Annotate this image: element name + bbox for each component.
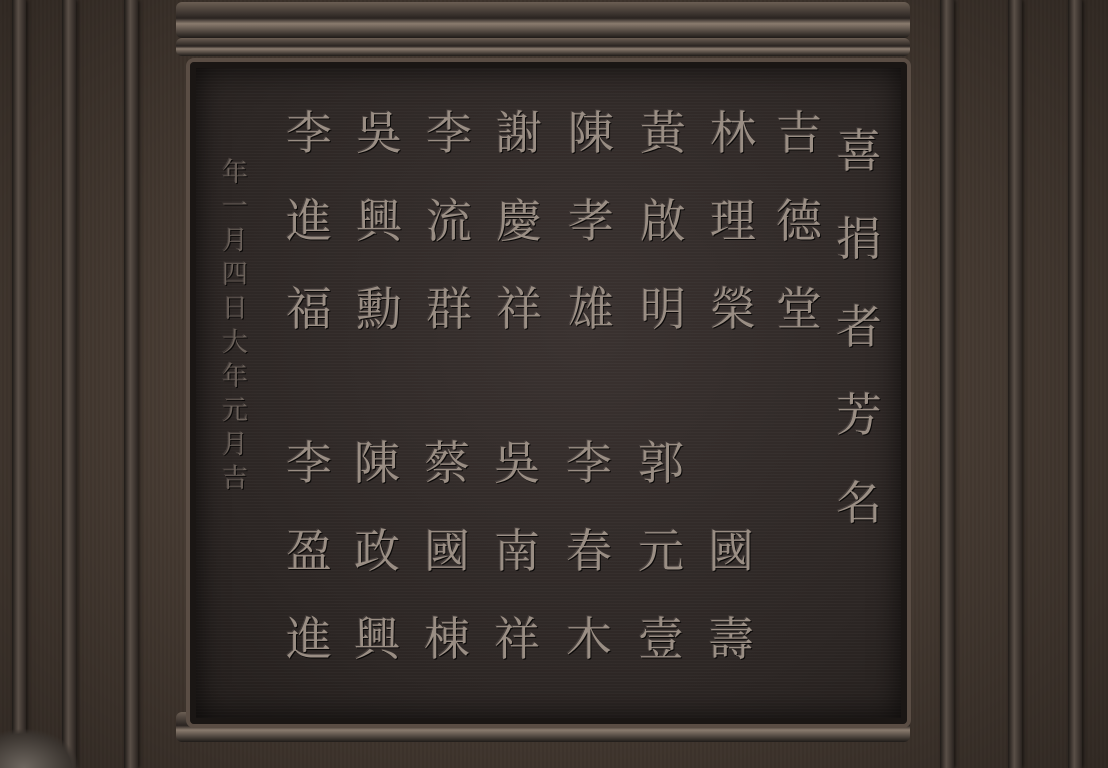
top-molding-lower <box>176 38 910 56</box>
donor-name: 蔡國棟 <box>424 440 470 704</box>
bell-rib <box>1068 0 1082 768</box>
donor-name: 國壽 <box>708 440 754 704</box>
donor-name: 吳南祥 <box>494 440 540 704</box>
inscription-title: 喜 捐 者 芳 名 <box>836 128 882 568</box>
bell-rib <box>12 0 26 768</box>
donor-name: 李進福 <box>286 110 332 374</box>
donor-name: 陳政興 <box>354 440 400 704</box>
title-char: 捐 <box>836 216 882 304</box>
donor-name: 李盈進 <box>286 440 332 704</box>
bell-rib <box>124 0 138 768</box>
donor-name: 李流群 <box>426 110 472 374</box>
date-inscription: 年一月四日大年元月吉 <box>222 160 248 500</box>
floral-ornament <box>0 728 80 768</box>
donor-name: 黃啟明 <box>640 110 686 374</box>
bell-rib <box>940 0 954 768</box>
donor-name: 吉德堂 <box>776 110 822 374</box>
donor-name: 郭元壹 <box>638 440 684 704</box>
donor-name: 李春木 <box>566 440 612 704</box>
donor-name: 吳興勳 <box>356 110 402 374</box>
bell-rib <box>1008 0 1022 768</box>
donor-name: 陳孝雄 <box>568 110 614 374</box>
title-char: 芳 <box>836 392 882 480</box>
title-char: 者 <box>836 304 882 392</box>
donor-name: 謝慶祥 <box>496 110 542 374</box>
top-molding <box>176 2 910 38</box>
bell-rib <box>62 0 76 768</box>
donor-name: 林理榮 <box>710 110 756 374</box>
title-char: 喜 <box>836 128 882 216</box>
title-char: 名 <box>836 480 882 568</box>
